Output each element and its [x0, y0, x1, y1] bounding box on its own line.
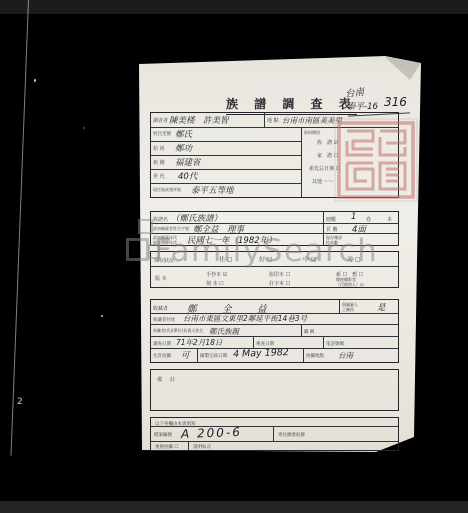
film-frame-number: 2 — [17, 397, 23, 407]
founder-label: 始 祖 — [153, 144, 165, 152]
film-place-label: 拍攝地點 — [306, 352, 324, 359]
table-divider — [151, 155, 301, 156]
table-divider — [151, 169, 301, 170]
founder-value: 鄭功 — [175, 142, 192, 154]
red-seal-stamp — [334, 118, 418, 202]
table-divider — [303, 348, 304, 362]
owner-info-table: 收藏者 鄭 全 益 與編纂人 之關係 是 收藏者住址 台南市東區文東里2鄰延平街… — [150, 299, 399, 363]
film-bottom-band — [0, 501, 468, 513]
handwritten-note-series: 泰平-16 — [347, 100, 378, 112]
permit-value: 可 — [181, 349, 190, 361]
film-date-value: 4 May 1982 — [233, 347, 289, 360]
edition-option: 刻 本 ☐ — [206, 279, 224, 287]
film-scratch-line — [10, 0, 29, 456]
hall-value: 鄭氏 — [175, 128, 192, 140]
film-speck — [34, 79, 36, 82]
owner-address-label: 收藏者住址 — [153, 316, 176, 323]
table-divider — [151, 324, 398, 325]
table-divider — [253, 336, 254, 348]
surveyor-value: 陳美楼 許美智 — [169, 114, 229, 126]
remarks-label: 備 註 — [157, 375, 177, 383]
table-divider — [188, 441, 189, 450]
edition-option: 打字本 ☐ — [269, 279, 290, 287]
microfilm-agent-label-2: （代理借人）☑ — [336, 282, 364, 288]
owner-address-value: 台南市東區文東里2鄰延平街14巷3号 — [183, 313, 307, 324]
origin-label: 祖 籍 — [153, 158, 165, 166]
table-divider — [339, 300, 340, 313]
watermark-logo-square — [126, 238, 149, 261]
edition-option: 影印本 ☐ — [269, 270, 290, 278]
agent-label: 收藏者(氏)(單位)負責人姓名 — [153, 328, 203, 334]
table-divider — [273, 426, 274, 441]
handwritten-note-location: 台南 — [344, 84, 365, 101]
agent-title-label: 職 稱 — [304, 328, 314, 335]
table-divider — [264, 113, 265, 127]
watermark-logo-square — [138, 219, 153, 234]
ben-label: 本 — [387, 215, 392, 223]
table-divider — [197, 348, 198, 362]
file-number-value: A 200-6 — [181, 425, 242, 441]
residence-value: 泰平五等地 — [191, 184, 234, 196]
microfilm-frame: 2 CLAN GENEALOGY IDENTIFICATION SHEET 族 … — [0, 0, 468, 513]
edition-option: 手抄本 ☑ — [206, 270, 227, 278]
permit-label: 允許拍攝 — [153, 352, 171, 359]
volume-count-label: 冊數 — [326, 215, 336, 223]
watermark-text: FamilySearch — [154, 233, 378, 269]
agent-value: 鄭氏族親 — [209, 326, 239, 337]
relation-value: 是 — [377, 301, 386, 313]
film-speck — [83, 127, 85, 129]
residence-label: 現住地或發祥地 — [153, 187, 181, 193]
remarks-table: 備 註 — [150, 369, 399, 411]
table-divider — [301, 324, 302, 336]
survey-date-label: 調查日期 — [153, 340, 171, 347]
hall-label: 姓氏堂號 — [153, 130, 171, 137]
volume-count-value: 1 — [351, 212, 356, 222]
film-place-value: 台南 — [338, 350, 353, 361]
place-label: 地 點 — [267, 116, 279, 124]
phone-label: 電話號碼 — [326, 340, 344, 347]
recheck-date-label: 複查日期 — [256, 340, 274, 347]
owner-label: 收藏者 — [153, 304, 168, 312]
duplicate-label: 重複拍攝 ☐ — [155, 443, 178, 450]
table-divider — [301, 127, 302, 197]
category-header: 資料類別 — [304, 130, 320, 136]
juan-label: 卷 — [366, 215, 371, 223]
table-divider — [151, 141, 301, 142]
film-date-label: 攝製完竣日期 — [200, 352, 227, 359]
film-speck — [101, 315, 103, 317]
pages-label: 頁 數 — [326, 225, 338, 233]
category-option: 其他 ～～ — [312, 177, 334, 185]
handwritten-note-number: 316 — [384, 95, 407, 109]
sent-record-label: 寄往總會紀錄 — [278, 431, 305, 438]
origin-value: 福建省 — [175, 156, 201, 168]
surveyor-label: 調查者 — [153, 116, 168, 124]
file-number-label: 檔案編號 — [154, 431, 172, 438]
survey-date-value: 71年2月18日 — [176, 337, 222, 348]
office-use-table: 以下各欄由本會填寫 檔案編號 A 200-6 寄往總會紀錄 重複拍攝 ☐ 說明如… — [150, 417, 399, 451]
generations-value: 40代 — [178, 170, 197, 182]
compiler-label: 最初編纂者姓名字號 — [153, 226, 189, 232]
relation-label-2: 之關係 — [342, 307, 354, 313]
office-header: 以下各欄由本會填寫 — [155, 420, 196, 427]
film-speck — [206, 444, 209, 446]
film-top-band — [0, 0, 468, 14]
genealogy-title-label: 族譜名 — [153, 215, 168, 223]
table-divider — [323, 336, 324, 348]
generations-label: 世 代 — [153, 172, 165, 180]
place-value: 台南市南區美美里 — [282, 115, 342, 126]
edition-label: 版 本 — [155, 274, 167, 282]
